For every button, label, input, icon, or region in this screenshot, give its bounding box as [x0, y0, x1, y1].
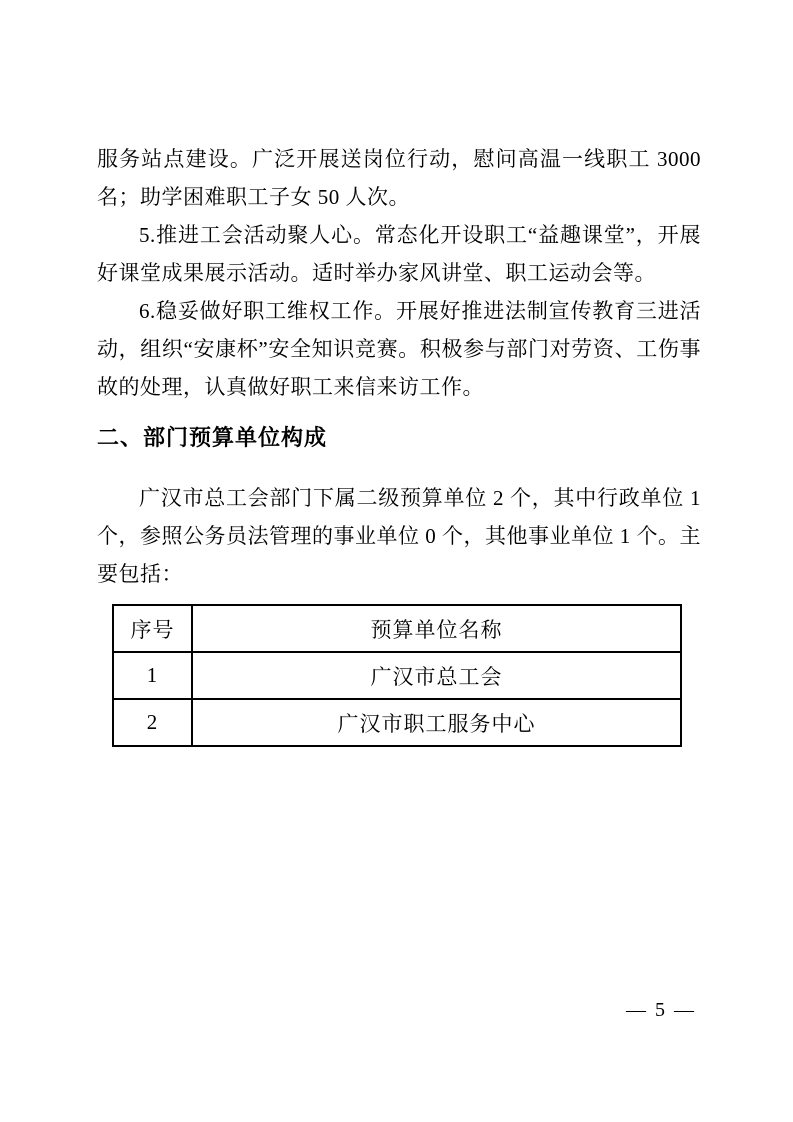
paragraph-item-6: 6.稳妥做好职工维权工作。开展好推进法制宣传教育三进活动，组织“安康杯”安全知识… [97, 292, 701, 406]
table-cell-index: 2 [113, 699, 192, 746]
table-header-index: 序号 [113, 605, 192, 652]
table-cell-index: 1 [113, 652, 192, 699]
section-intro: 广汉市总工会部门下属二级预算单位 2 个，其中行政单位 1 个，参照公务员法管理… [97, 479, 701, 593]
document-page: 服务站点建设。广泛开展送岗位行动，慰问高温一线职工 3000 名；助学困难职工子… [0, 0, 793, 1122]
paragraph-item-5: 5.推进工会活动聚人心。常态化开设职工“益趣课堂”，开展好课堂成果展示活动。适时… [97, 216, 701, 292]
table-header-unit-name: 预算单位名称 [192, 605, 681, 652]
section-heading: 二、部门预算单位构成 [97, 423, 701, 453]
paragraph-continuation: 服务站点建设。广泛开展送岗位行动，慰问高温一线职工 3000 名；助学困难职工子… [97, 140, 701, 216]
table-cell-unit-name: 广汉市职工服务中心 [192, 699, 681, 746]
table-row: 1 广汉市总工会 [113, 652, 681, 699]
page-number: — 5 — [626, 998, 696, 1022]
page-content: 服务站点建设。广泛开展送岗位行动，慰问高温一线职工 3000 名；助学困难职工子… [97, 140, 701, 747]
table-header-row: 序号 预算单位名称 [113, 605, 681, 652]
table-row: 2 广汉市职工服务中心 [113, 699, 681, 746]
table-cell-unit-name: 广汉市总工会 [192, 652, 681, 699]
budget-units-table: 序号 预算单位名称 1 广汉市总工会 2 广汉市职工服务中心 [112, 604, 682, 747]
